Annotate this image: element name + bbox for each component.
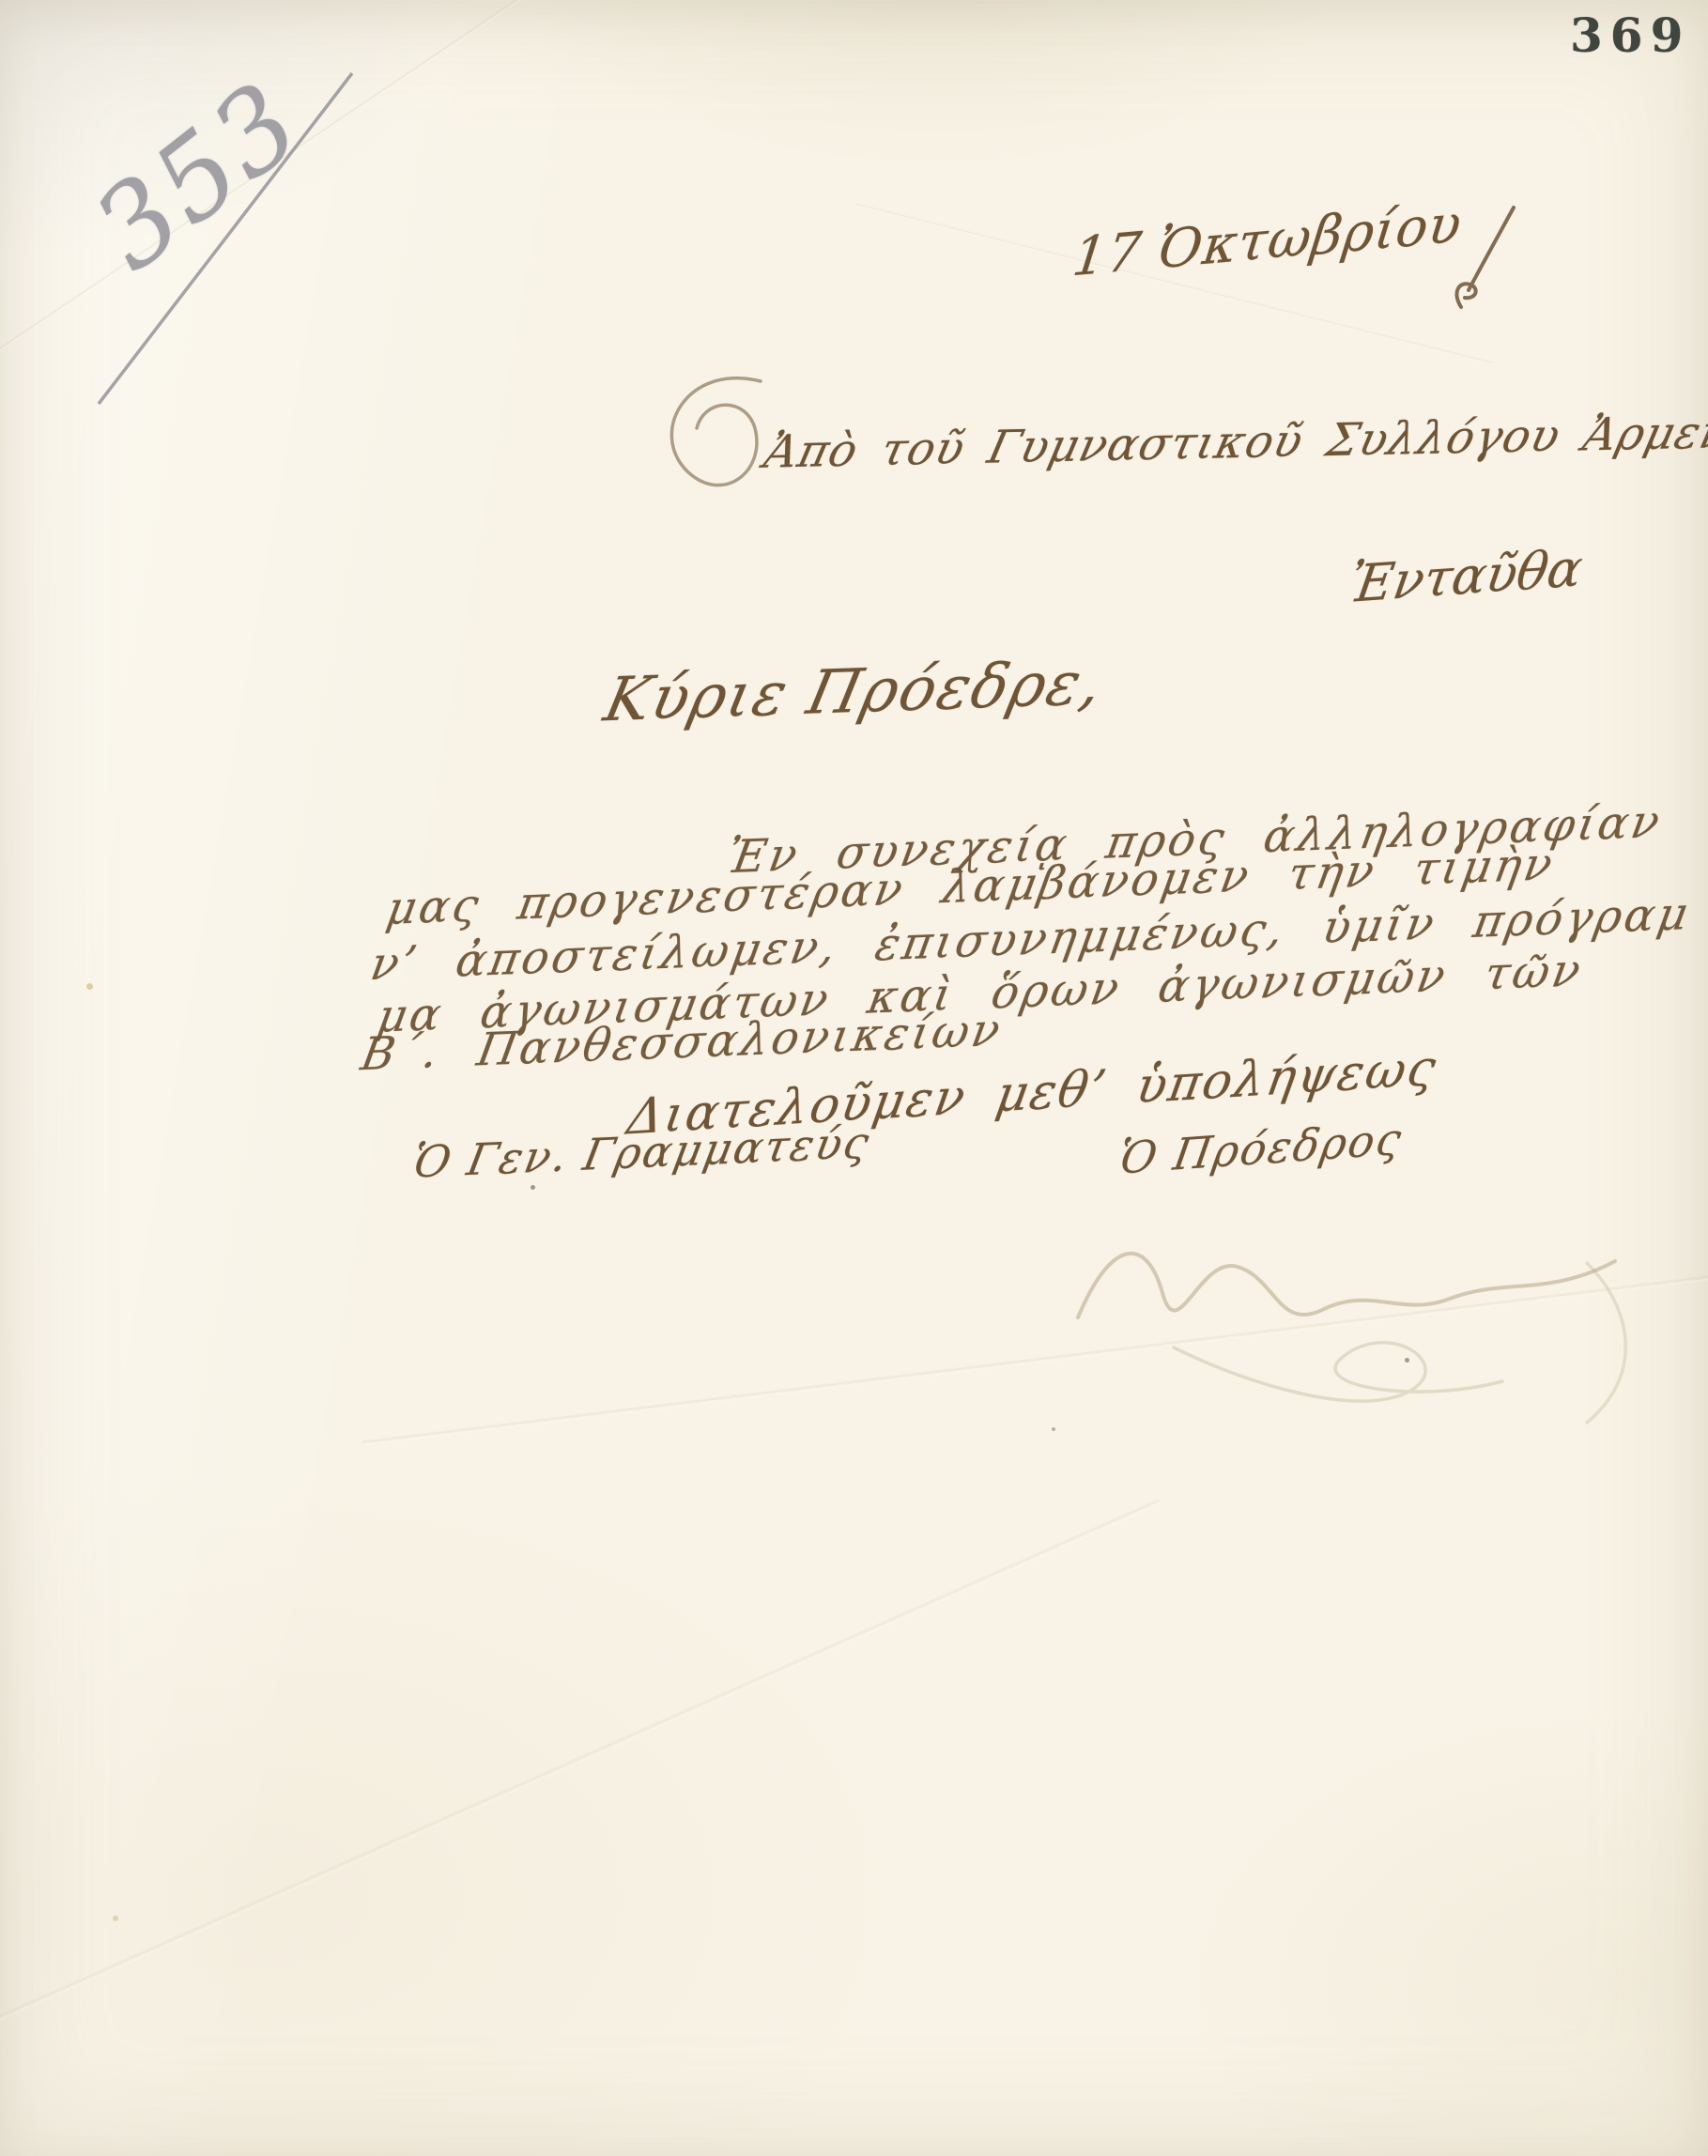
secretary-title: Ὁ Γεν. Γραμματεύς [408,1116,874,1188]
folio-number-stamp: 369 [1570,8,1690,63]
president-signature-scrawl [1061,1207,1681,1451]
letterhead-line: Ἀπὸ τοῦ Γυμναστικοῦ Συλλόγου Ἀρμενίων [760,404,1708,479]
president-title: Ὁ Πρόεδρος [1116,1113,1407,1184]
ink-speck [1052,1427,1055,1431]
date-flourish-icon [1446,202,1531,324]
salutation: Κύριε Πρόεδρε, [598,648,1110,735]
foxing-speck [113,1916,118,1921]
foxing-speck [86,983,93,990]
scanned-letter-page: 369 353 17 Ὀκτωβρίου Ἀπὸ τοῦ Γυμναστικοῦ… [0,0,1708,2156]
letterhead-place: Ἐνταῦθα [1346,538,1587,614]
ink-speck [531,1185,535,1190]
date-line: 17 Ὀκτωβρίου [1069,192,1466,288]
pencil-underline-stroke [56,56,451,451]
paper-crease [0,1498,1162,2077]
letterhead-initial-flourish-icon [640,374,781,515]
